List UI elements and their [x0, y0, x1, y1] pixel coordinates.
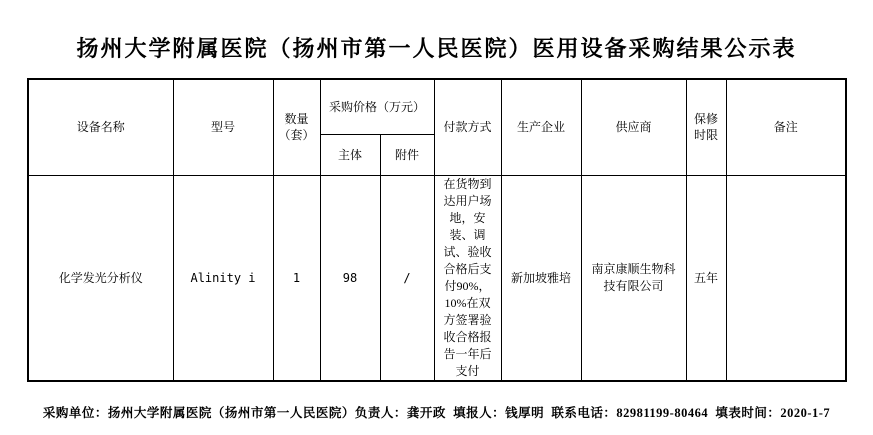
cell-warranty: 五年: [686, 175, 726, 381]
col-header-quantity: 数量（套）: [273, 79, 320, 175]
col-header-warranty-line1: 保修: [694, 112, 718, 126]
cell-payment: 在货物到达用户场地，安装、调试、验收合格后支付90%，10%在双方签署验收合格报…: [434, 175, 501, 381]
col-header-model: 型号: [173, 79, 273, 175]
cell-manufacturer: 新加坡雅培: [501, 175, 581, 381]
cell-remarks: [726, 175, 846, 381]
document-page: 扬州大学附属医院（扬州市第一人民医院）医用设备采购结果公示表 设备名称 型号 数…: [0, 0, 873, 435]
col-header-manufacturer: 生产企业: [501, 79, 581, 175]
table-body: 化学发光分析仪 Alinity i 1 98 / 在货物到达用户场地，安装、调试…: [28, 175, 846, 381]
cell-supplier: 南京康顺生物科技有限公司: [581, 175, 686, 381]
col-header-supplier: 供应商: [581, 79, 686, 175]
table-header: 设备名称 型号 数量（套） 采购价格（万元） 付款方式 生产企业 供应商 保修时…: [28, 79, 846, 175]
footer-info: 采购单位：扬州大学附属医院（扬州市第一人民医院）负责人：龚开政 填报人：钱厚明 …: [0, 403, 873, 421]
col-header-remarks: 备注: [726, 79, 846, 175]
col-header-quantity-line2: （套）: [278, 128, 314, 142]
col-header-payment: 付款方式: [434, 79, 501, 175]
cell-price-accessory: /: [380, 175, 434, 381]
cell-price-main: 98: [320, 175, 380, 381]
col-header-warranty: 保修时限: [686, 79, 726, 175]
col-header-price-accessory: 附件: [380, 134, 434, 175]
col-header-price-main: 主体: [320, 134, 380, 175]
procurement-result-table: 设备名称 型号 数量（套） 采购价格（万元） 付款方式 生产企业 供应商 保修时…: [27, 78, 847, 382]
table-row: 化学发光分析仪 Alinity i 1 98 / 在货物到达用户场地，安装、调试…: [28, 175, 846, 381]
cell-quantity: 1: [273, 175, 320, 381]
header-row-1: 设备名称 型号 数量（套） 采购价格（万元） 付款方式 生产企业 供应商 保修时…: [28, 79, 846, 134]
col-header-warranty-line2: 时限: [694, 128, 718, 142]
cell-model: Alinity i: [173, 175, 273, 381]
col-header-quantity-line1: 数量: [284, 112, 308, 126]
cell-device-name: 化学发光分析仪: [28, 175, 173, 381]
col-header-price-group: 采购价格（万元）: [320, 79, 434, 134]
col-header-device-name: 设备名称: [28, 79, 173, 175]
page-title: 扬州大学附属医院（扬州市第一人民医院）医用设备采购结果公示表: [0, 0, 873, 62]
